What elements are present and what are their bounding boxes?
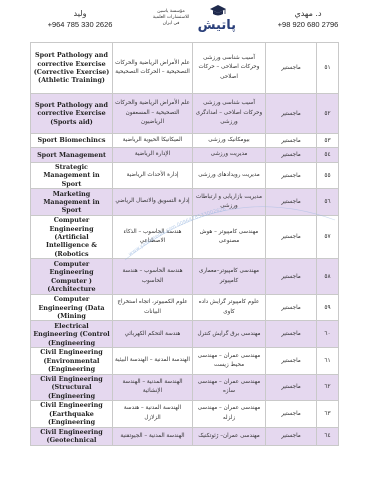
table-row: Civil Engineering (Structural (Engineeri… — [31, 374, 339, 400]
english-name: Marketing Management in Sport — [31, 189, 113, 216]
english-name: Computer Engineering Computer ) (Archite… — [31, 259, 113, 295]
degree: ماجستیر — [266, 163, 317, 189]
persian-name: مهندسی عمران – مهندسی زلزله — [193, 400, 266, 427]
logo-mark: پاتیش — [200, 5, 236, 35]
arabic-name: الميكانيكا الحيوية الرياضية — [113, 134, 193, 148]
degree: ماجستیر — [266, 134, 317, 148]
degree: ماجستیر — [266, 427, 317, 445]
persian-name: مدیریت بازاریابی و ارتباطات ورزشی — [193, 189, 266, 216]
table-row: Civil Engineering (Geotechnical الهندسة … — [31, 427, 339, 445]
left-contact: ولید +964 785 330 2626 — [40, 8, 120, 29]
english-name: Sport Pathology and corrective Exercise … — [31, 94, 113, 134]
graduation-cap-icon — [210, 5, 226, 17]
persian-name: مهندسی عمران – مهندسی محیط زیست — [193, 348, 266, 374]
degree: ماجستیر — [266, 295, 317, 321]
english-name: Strategic Management in Sport — [31, 163, 113, 189]
row-number: ٥١ — [317, 43, 339, 94]
right-contact: د. مهدي +98 920 680 2796 — [268, 8, 348, 29]
arabic-name: علم الأمراض الرياضية والحركات التصحيحية … — [113, 43, 193, 94]
row-number: ٦٣ — [317, 400, 339, 427]
arabic-name: هندسة التحكم الكهربائي — [113, 321, 193, 348]
persian-name: آسیب شناسی ورزشی وحرکات اصلاحی – امدادگر… — [193, 94, 266, 134]
english-name: Civil Engineering (Structural (Engineeri… — [31, 374, 113, 400]
table-row: Sport Pathology and corrective Exercise … — [31, 43, 339, 94]
degree: ماجستیر — [266, 259, 317, 295]
signature-left: ولید — [40, 8, 120, 20]
degree: ماجستیر — [266, 321, 317, 348]
arabic-name: هندسة الحاسوب – هندسة الحاسوب — [113, 259, 193, 295]
degree: ماجستیر — [266, 216, 317, 259]
degree: ماجستیر — [266, 43, 317, 94]
programs-table: Sport Pathology and corrective Exercise … — [30, 42, 339, 446]
persian-name: مهندسی عمران– ژئوتکنیک — [193, 427, 266, 445]
english-name: Civil Engineering (Earthquake (Engineeri… — [31, 400, 113, 427]
row-number: ٦٠ — [317, 321, 339, 348]
english-name: Computer Engineering (Artificial Intelli… — [31, 216, 113, 259]
row-number: ٥٧ — [317, 216, 339, 259]
arabic-name: إدارة الأحداث الرياضية — [113, 163, 193, 189]
logo: مؤسسة ياسين للاستشارات العلمية في ايران … — [145, 5, 240, 37]
english-name: Sport Management — [31, 148, 113, 163]
persian-name: مدیریت ورزشی — [193, 148, 266, 163]
row-number: ٥٩ — [317, 295, 339, 321]
english-name: Civil Engineering (Environmental (Engine… — [31, 348, 113, 374]
arabic-name: الهندسة المدنية – الهندسة الإنشائية — [113, 374, 193, 400]
arabic-name: إدارة التسويق والاتصال الرياضي — [113, 189, 193, 216]
row-number: ٥٦ — [317, 189, 339, 216]
row-number: ٥٣ — [317, 134, 339, 148]
degree: ماجستیر — [266, 94, 317, 134]
arabic-name: هندسة الحاسوب – الذكاء الاصطناعي — [113, 216, 193, 259]
english-name: Electrical Engineering (Control (Enginee… — [31, 321, 113, 348]
persian-name: آسیب شناسی ورزشی وحرکات اصلاحی – حرکات ا… — [193, 43, 266, 94]
row-number: ٥٨ — [317, 259, 339, 295]
table-row: Civil Engineering (Earthquake (Engineeri… — [31, 400, 339, 427]
english-name: Computer Engineering (Data (Mining — [31, 295, 113, 321]
english-name: Sport Pathology and corrective Exercise … — [31, 43, 113, 94]
arabic-name: علم الأمراض الرياضية والحركات التصحيحية … — [113, 94, 193, 134]
english-name: Civil Engineering (Geotechnical — [31, 427, 113, 445]
arabic-name: الإدارة الرياضية — [113, 148, 193, 163]
persian-name: مهندسی برق گرایش کنترل — [193, 321, 266, 348]
row-number: ٥٥ — [317, 163, 339, 189]
phone-left: +964 785 330 2626 — [48, 20, 113, 29]
english-name: Sport Biomechincs — [31, 134, 113, 148]
table-row: Marketing Management in Sport إدارة التس… — [31, 189, 339, 216]
page-header: ولید +964 785 330 2626 مؤسسة ياسين للاست… — [0, 0, 375, 40]
table-row: Strategic Management in Sport إدارة الأح… — [31, 163, 339, 189]
persian-name: بیومکانیک ورزشی — [193, 134, 266, 148]
table-row: Sport Management الإدارة الرياضية مدیریت… — [31, 148, 339, 163]
arabic-name: الهندسة المدنية – الهندسة البيئية — [113, 348, 193, 374]
logo-line-3: في ايران — [145, 21, 197, 27]
logo-wordmark: پاتیش — [200, 18, 236, 33]
row-number: ٦٤ — [317, 427, 339, 445]
degree: ماجستیر — [266, 400, 317, 427]
signature-right: د. مهدي — [268, 8, 348, 20]
table-row: Civil Engineering (Environmental (Engine… — [31, 348, 339, 374]
table-row: Sport Biomechincs الميكانيكا الحيوية الر… — [31, 134, 339, 148]
row-number: ٥٢ — [317, 94, 339, 134]
phone-right: +98 920 680 2796 — [278, 20, 339, 29]
degree: ماجستیر — [266, 374, 317, 400]
table-row: Computer Engineering Computer ) (Archite… — [31, 259, 339, 295]
arabic-name: الهندسة المدنية – الجيوتقنية — [113, 427, 193, 445]
degree: ماجستیر — [266, 348, 317, 374]
degree: ماجستیر — [266, 189, 317, 216]
arabic-name: علوم الكمبيوتر، اتجاه استخراج البيانات — [113, 295, 193, 321]
table-row: Electrical Engineering (Control (Enginee… — [31, 321, 339, 348]
table-row: Computer Engineering (Data (Mining علوم … — [31, 295, 339, 321]
degree: ماجستیر — [266, 148, 317, 163]
arabic-name: الهندسة المدنية – هندسة الزلازل — [113, 400, 193, 427]
row-number: ٦٢ — [317, 374, 339, 400]
row-number: ٥٤ — [317, 148, 339, 163]
persian-name: مدیریت رویدادهای ورزشی — [193, 163, 266, 189]
table-row: Sport Pathology and corrective Exercise … — [31, 94, 339, 134]
row-number: ٦١ — [317, 348, 339, 374]
logo-institute-name: مؤسسة ياسين للاستشارات العلمية في ايران — [145, 9, 197, 27]
persian-name: مهندسی کامپیوتر–معماری کامپیوتر — [193, 259, 266, 295]
persian-name: مهندسی عمران – مهندسی سازه — [193, 374, 266, 400]
table-row: Computer Engineering (Artificial Intelli… — [31, 216, 339, 259]
persian-name: علوم کامپیوتر گرایش داده کاوی — [193, 295, 266, 321]
persian-name: مهندسی کامپیوتر – هوش مصنوعی — [193, 216, 266, 259]
